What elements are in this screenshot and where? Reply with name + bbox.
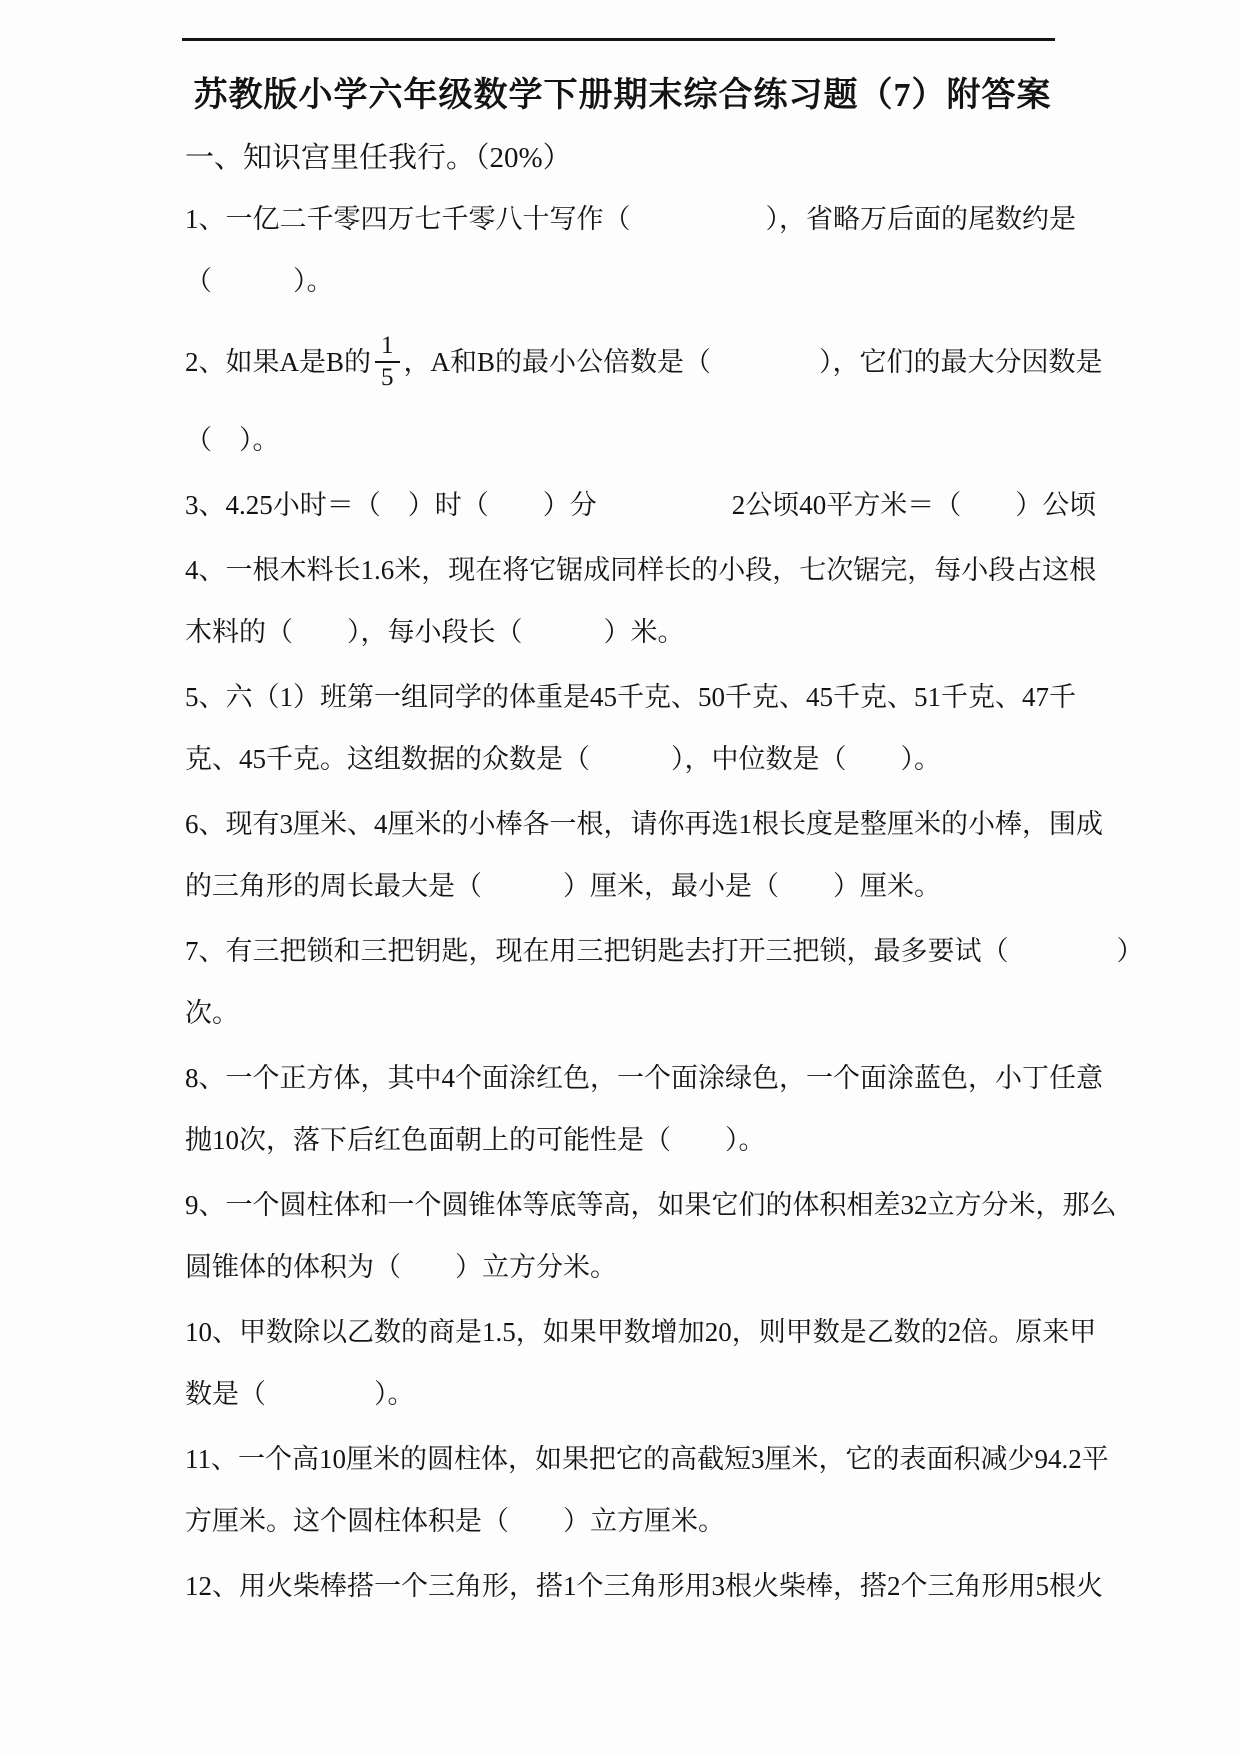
question-8-line-1: 8、一个正方体，其中4个面涂红色，一个面涂绿色，一个面涂蓝色，小丁任意 [185, 1047, 1060, 1109]
question-3: 3、4.25小时＝（ ）时（ ）分 2公顷40平方米＝（ ）公顷 [185, 474, 1060, 536]
document-page: 苏教版小学六年级数学下册期末综合练习题（7）附答案 一、知识宫里任我行。（20%… [0, 0, 1241, 1754]
question-7-line-2: 次。 [185, 982, 1060, 1044]
question-3-line-1: 3、4.25小时＝（ ）时（ ）分 2公顷40平方米＝（ ）公顷 [185, 474, 1060, 536]
question-8: 8、一个正方体，其中4个面涂红色，一个面涂绿色，一个面涂蓝色，小丁任意抛10次，… [185, 1047, 1060, 1171]
question-6-line-1: 6、现有3厘米、4厘米的小棒各一根，请你再选1根长度是整厘米的小棒，围成 [185, 793, 1060, 855]
question-2: 2、如果A是B的15，A和B的最小公倍数是（ ），它们的最大分因数是（ ）。 [185, 315, 1060, 471]
question-9: 9、一个圆柱体和一个圆锥体等底等高，如果它们的体积相差32立方分米，那么圆锥体的… [185, 1174, 1060, 1298]
question-10-line-2: 数是（ ）。 [185, 1363, 1060, 1425]
question-4-line-1: 4、一根木料长1.6米，现在将它锯成同样长的小段，七次锯完，每小段占这根 [185, 539, 1060, 601]
question-1-line-1: 1、一亿二千零四万七千零八十写作（ ），省略万后面的尾数约是 [185, 188, 1060, 250]
question-7-line-1: 7、有三把锁和三把钥匙，现在用三把钥匙去打开三把锁，最多要试（ ） [185, 920, 1060, 982]
question-10-line-1: 10、甲数除以乙数的商是1.5，如果甲数增加20，则甲数是乙数的2倍。原来甲 [185, 1301, 1060, 1363]
question-7: 7、有三把锁和三把钥匙，现在用三把钥匙去打开三把锁，最多要试（ ）次。 [185, 920, 1060, 1044]
question-12-line-1: 12、用火柴棒搭一个三角形，搭1个三角形用3根火柴棒，搭2个三角形用5根火 [185, 1555, 1060, 1617]
question-6-line-2: 的三角形的周长最大是（ ）厘米，最小是（ ）厘米。 [185, 855, 1060, 917]
document-title: 苏教版小学六年级数学下册期末综合练习题（7）附答案 [185, 74, 1060, 118]
question-5-line-2: 克、45千克。这组数据的众数是（ ），中位数是（ ）。 [185, 728, 1060, 790]
question-2-line-1: 2、如果A是B的15，A和B的最小公倍数是（ ），它们的最大分因数是 [185, 315, 1060, 409]
fraction-denominator: 5 [375, 361, 400, 393]
question-8-line-2: 抛10次，落下后红色面朝上的可能性是（ ）。 [185, 1109, 1060, 1171]
question-1: 1、一亿二千零四万七千零八十写作（ ），省略万后面的尾数约是（ ）。 [185, 188, 1060, 312]
question-10: 10、甲数除以乙数的商是1.5，如果甲数增加20，则甲数是乙数的2倍。原来甲数是… [185, 1301, 1060, 1425]
fraction-numerator: 1 [375, 331, 400, 361]
question-9-line-2: 圆锥体的体积为（ ）立方分米。 [185, 1236, 1060, 1298]
question-5: 5、六（1）班第一组同学的体重是45千克、50千克、45千克、51千克、47千克… [185, 666, 1060, 790]
question-12: 12、用火柴棒搭一个三角形，搭1个三角形用3根火柴棒，搭2个三角形用5根火 [185, 1555, 1060, 1617]
page-content: 苏教版小学六年级数学下册期末综合练习题（7）附答案 一、知识宫里任我行。（20%… [185, 60, 1060, 1620]
question-list: 1、一亿二千零四万七千零八十写作（ ），省略万后面的尾数约是（ ）。2、如果A是… [185, 188, 1060, 1617]
question-11-line-2: 方厘米。这个圆柱体积是（ ）立方厘米。 [185, 1490, 1060, 1552]
question-4: 4、一根木料长1.6米，现在将它锯成同样长的小段，七次锯完，每小段占这根木料的（… [185, 539, 1060, 663]
question-4-line-2: 木料的（ ），每小段长（ ）米。 [185, 601, 1060, 663]
header-rule [182, 38, 1055, 41]
question-text-part: 2、如果A是B的 [185, 347, 371, 377]
question-6: 6、现有3厘米、4厘米的小棒各一根，请你再选1根长度是整厘米的小棒，围成的三角形… [185, 793, 1060, 917]
question-9-line-1: 9、一个圆柱体和一个圆锥体等底等高，如果它们的体积相差32立方分米，那么 [185, 1174, 1060, 1236]
section-heading: 一、知识宫里任我行。（20%） [185, 138, 1060, 178]
question-11-line-1: 11、一个高10厘米的圆柱体，如果把它的高截短3厘米，它的表面积减少94.2平 [185, 1428, 1060, 1490]
fraction: 15 [375, 331, 400, 393]
question-text-part: ，A和B的最小公倍数是（ ），它们的最大分因数是 [404, 347, 1103, 377]
question-5-line-1: 5、六（1）班第一组同学的体重是45千克、50千克、45千克、51千克、47千 [185, 666, 1060, 728]
question-2-line-2: （ ）。 [185, 409, 1060, 471]
question-1-line-2: （ ）。 [185, 250, 1060, 312]
question-11: 11、一个高10厘米的圆柱体，如果把它的高截短3厘米，它的表面积减少94.2平方… [185, 1428, 1060, 1552]
